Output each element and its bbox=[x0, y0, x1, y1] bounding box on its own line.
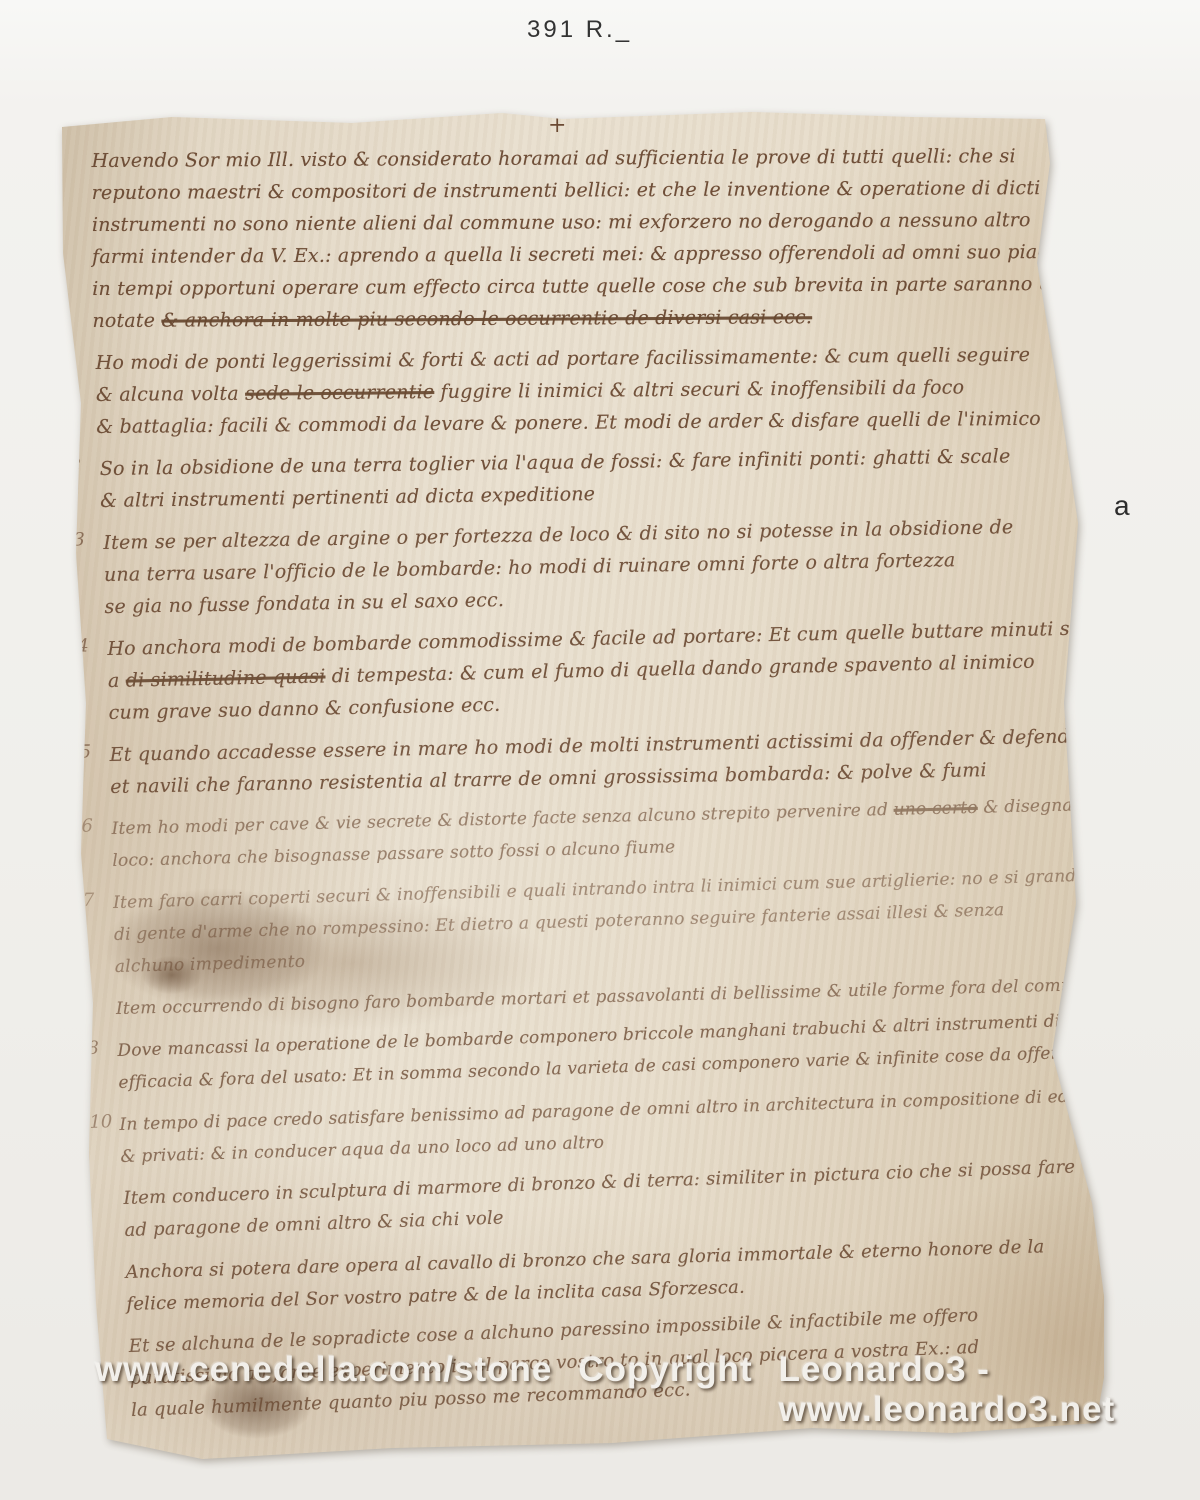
watermark-copyright: Copyright bbox=[578, 1350, 752, 1390]
margin-number: 2 bbox=[70, 455, 82, 476]
scan-background: 391 R._ a + Havendo Sor mio Ill. visto &… bbox=[0, 0, 1200, 1500]
handwritten-text: fuggire li inimici & altri securi & inof… bbox=[434, 376, 964, 403]
margin-number: 8 bbox=[87, 1038, 99, 1059]
manuscript-sheet: + Havendo Sor mio Ill. visto & considera… bbox=[52, 103, 1104, 1465]
cross-mark: + bbox=[548, 113, 566, 138]
manuscript-paragraph: Ho modi de ponti leggerissimi & forti & … bbox=[96, 338, 1077, 443]
margin-number: 3 bbox=[73, 529, 85, 550]
manuscript-line: farmi intender da V. Ex.: aprendo a quel… bbox=[92, 236, 1076, 273]
margin-number: 7 bbox=[83, 890, 95, 911]
handwritten-text: cum grave suo danno & confusione ecc. bbox=[108, 694, 500, 724]
handwritten-text: & alcuna volta bbox=[96, 383, 245, 406]
manuscript-line: reputono maestri & compositori de instru… bbox=[92, 172, 1076, 209]
struck-text: di similitudine quasi bbox=[126, 665, 326, 691]
manuscript-text: Havendo Sor mio Ill. visto & considerato… bbox=[92, 145, 1076, 1437]
margin-number: 6 bbox=[81, 815, 93, 836]
handwritten-text: se gia no fusse fondata in su el saxo ec… bbox=[104, 589, 504, 618]
manuscript-paragraph: 7Item faro carri coperti securi & inoffe… bbox=[113, 860, 1077, 983]
manuscript-paragraph: 5Et quando accadesse essere in mare ho m… bbox=[109, 720, 1076, 803]
handwritten-text: a bbox=[108, 670, 126, 692]
watermark: www.cenedella.com/stone Copyright Leonar… bbox=[95, 1350, 1050, 1430]
margin-number: 4 bbox=[77, 635, 89, 656]
handwritten-text: & battaglia: facili & commodi da levare … bbox=[96, 408, 1041, 438]
margin-letter: a bbox=[1114, 490, 1130, 522]
handwritten-text: farmi intender da V. Ex.: aprendo a quel… bbox=[92, 241, 1116, 268]
manuscript-paragraph: 3Item se per altezza de argine o per for… bbox=[103, 510, 1077, 623]
manuscript-paragraph: Havendo Sor mio Ill. visto & considerato… bbox=[91, 140, 1076, 337]
handwritten-text: alchuno impedimento bbox=[115, 952, 306, 977]
handwritten-text: instrumenti no sono niente alieni dal co… bbox=[92, 209, 1031, 236]
handwritten-text: loco: anchora che bisognasse passare sot… bbox=[112, 837, 675, 871]
watermark-site: www.cenedella.com/stone bbox=[95, 1350, 552, 1390]
handwritten-text: notate bbox=[92, 310, 161, 332]
manuscript-line: Havendo Sor mio Ill. visto & considerato… bbox=[91, 140, 1075, 177]
handwritten-text: in tempi opportuni operare cum effecto c… bbox=[92, 272, 1143, 300]
manuscript-paragraph: 4Ho anchora modi de bombarde commodissim… bbox=[107, 613, 1077, 729]
struck-text: sede le occurrentie bbox=[245, 381, 434, 405]
struck-text: & anchora in molte piu secondo le occurr… bbox=[161, 306, 812, 331]
handwritten-text: Ho modi de ponti leggerissimi & forti & … bbox=[96, 344, 1031, 374]
manuscript-sheet-wrapper: + Havendo Sor mio Ill. visto & considera… bbox=[52, 103, 1104, 1465]
handwritten-text: Havendo Sor mio Ill. visto & considerato… bbox=[92, 145, 1016, 172]
handwritten-text: & altri instrumenti pertinenti ad dicta … bbox=[100, 483, 595, 512]
folio-label: 391 R._ bbox=[527, 16, 632, 44]
struck-text: uno certo bbox=[893, 798, 978, 820]
handwritten-text: & disegnato bbox=[977, 795, 1090, 818]
manuscript-line: notate & anchora in molte piu secondo le… bbox=[92, 300, 1076, 337]
margin-number: 5 bbox=[79, 741, 91, 762]
watermark-credit: Leonardo3 - www.leonardo3.net bbox=[779, 1350, 1116, 1430]
handwritten-text: ad paragone de omni altro & sia chi vole bbox=[124, 1207, 504, 1241]
handwritten-text: reputono maestri & compositori de instru… bbox=[92, 177, 1041, 204]
margin-number: 10 bbox=[89, 1111, 113, 1133]
manuscript-line: in tempi opportuni operare cum effecto c… bbox=[92, 268, 1076, 305]
struck-text: acto ad offender & difender bbox=[1179, 1076, 1200, 1103]
manuscript-paragraph: 2So in la obsidione de una terra toglier… bbox=[100, 439, 1077, 517]
manuscript-line: instrumenti no sono niente alieni dal co… bbox=[92, 204, 1076, 241]
